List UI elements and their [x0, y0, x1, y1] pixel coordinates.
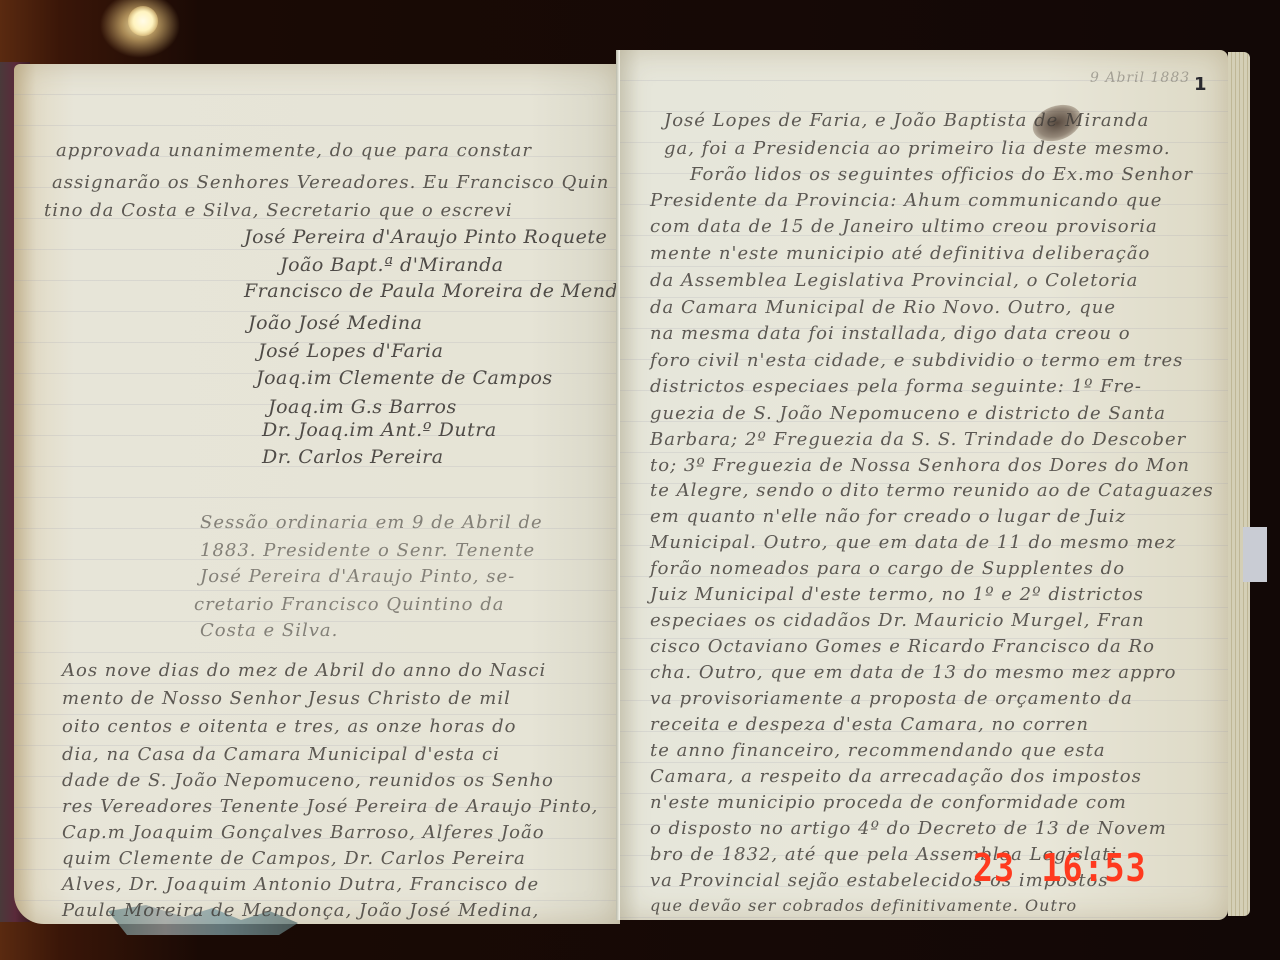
right-line: em quanto n'elle não for creado o lugar … [650, 506, 1126, 527]
signature: João Bapt.ª d'Miranda [280, 254, 504, 276]
right-line: Municipal. Outro, que em data de 11 do m… [650, 532, 1176, 553]
paper-slip [1243, 527, 1267, 582]
right-line: va provisoriamente a proposta de orçamen… [650, 688, 1133, 709]
right-line: districtos especiaes pela forma seguinte… [650, 376, 1142, 397]
signature: Dr. Joaq.im Ant.º Dutra [262, 419, 497, 441]
right-line: receita e despeza d'esta Camara, no corr… [650, 714, 1089, 735]
signature: Joaq.im G.s Barros [268, 396, 457, 418]
right-line: te anno financeiro, recommendando que es… [650, 740, 1106, 761]
minutes-line: oito centos e oitenta e tres, as onze ho… [62, 716, 516, 737]
minutes-line: quim Clemente de Campos, Dr. Carlos Pere… [62, 848, 526, 869]
right-line: na mesma data foi installada, digo data … [650, 323, 1131, 344]
right-line: com data de 15 de Janeiro ultimo creou p… [650, 216, 1158, 237]
left-closing-line: approvada unanimemente, do que para cons… [56, 140, 532, 161]
right-line: Barbara; 2º Freguezia da S. S. Trindade … [650, 429, 1186, 450]
timestamp-time: 16:53 [1041, 846, 1146, 890]
page-number: 1 [1194, 74, 1207, 95]
right-line: te Alegre, sendo o dito termo reunido ao… [650, 480, 1214, 501]
signature: José Lopes d'Faria [258, 340, 443, 362]
minutes-line: res Vereadores Tenente José Pereira de A… [62, 796, 598, 817]
minutes-line: dia, na Casa da Camara Municipal d'esta … [62, 744, 500, 765]
left-closing-line: assignarão os Senhores Vereadores. Eu Fr… [52, 172, 609, 193]
right-line: foro civil n'esta cidade, e subdividio o… [650, 350, 1183, 371]
right-line: o disposto no artigo 4º do Decreto de 13… [650, 818, 1167, 839]
page-stack-edge [1228, 52, 1250, 916]
right-line: mente n'este municipio até definitiva de… [650, 243, 1150, 264]
minutes-line: Alves, Dr. Joaquim Antonio Dutra, Franci… [62, 874, 539, 895]
minutes-line: Cap.m Joaquim Gonçalves Barroso, Alferes… [62, 822, 545, 843]
left-page [14, 64, 620, 924]
signature: Dr. Carlos Pereira [262, 446, 444, 468]
timestamp-day: 23 [973, 846, 1015, 890]
right-line: Camara, a respeito da arrecadação dos im… [650, 766, 1142, 787]
session-heading-line: José Pereira d'Araujo Pinto, se- [200, 566, 515, 587]
minutes-line: Aos nove dias do mez de Abril do anno do… [62, 660, 546, 681]
header-note: 9 Abril 1883 [1090, 70, 1190, 86]
right-line: Presidente da Provincia: Ahum communican… [650, 190, 1162, 211]
right-line: cha. Outro, que em data de 13 do mesmo m… [650, 662, 1177, 683]
signature: João José Medina [248, 312, 422, 334]
camera-timestamp: 2316:53 [973, 846, 1146, 890]
right-line: n'este municipio proceda de conformidade… [650, 792, 1127, 813]
right-line: especiaes os cidadãos Dr. Mauricio Murge… [650, 610, 1145, 631]
right-line: guezia de S. João Nepomuceno e districto… [650, 403, 1166, 424]
minutes-line: Paula Moreira de Mendonça, João José Med… [62, 900, 539, 921]
right-line: cisco Octaviano Gomes e Ricardo Francisc… [650, 636, 1155, 657]
minutes-line: mento de Nosso Senhor Jesus Christo de m… [62, 688, 511, 709]
signature: Joaq.im Clemente de Campos [256, 367, 553, 389]
right-line: da Camara Municipal de Rio Novo. Outro, … [650, 297, 1116, 318]
session-heading-line: Costa e Silva. [200, 620, 338, 641]
right-line: que devão ser cobrados definitivamente. … [650, 896, 1077, 915]
right-line: José Lopes de Faria, e João Baptista de … [664, 110, 1149, 131]
right-line: Juiz Municipal d'este termo, no 1º e 2º … [650, 584, 1144, 605]
right-line: forão nomeados para o cargo de Supplente… [650, 558, 1125, 579]
right-line: Forão lidos os seguintes officios do Ex.… [690, 164, 1193, 185]
manuscript-photo: approvada unanimemente, do que para cons… [0, 0, 1280, 960]
right-line: to; 3º Freguezia de Nossa Senhora dos Do… [650, 455, 1190, 476]
right-line: da Assemblea Legislativa Provincial, o C… [650, 270, 1138, 291]
left-closing-line: tino da Costa e Silva, Secretario que o … [44, 200, 513, 221]
session-heading-line: 1883. Presidente o Senr. Tenente [200, 540, 535, 561]
lamp-light [128, 6, 158, 36]
signature: Francisco de Paula Moreira de Mendonça [244, 280, 666, 302]
minutes-line: dade de S. João Nepomuceno, reunidos os … [62, 770, 554, 791]
session-heading-line: cretario Francisco Quintino da [194, 594, 504, 615]
signature: José Pereira d'Araujo Pinto Roquete [244, 226, 607, 248]
ruled-lines [14, 64, 620, 924]
session-heading-line: Sessão ordinaria em 9 de Abril de [200, 512, 543, 533]
right-line: ga, foi a Presidencia ao primeiro lia de… [664, 138, 1171, 159]
